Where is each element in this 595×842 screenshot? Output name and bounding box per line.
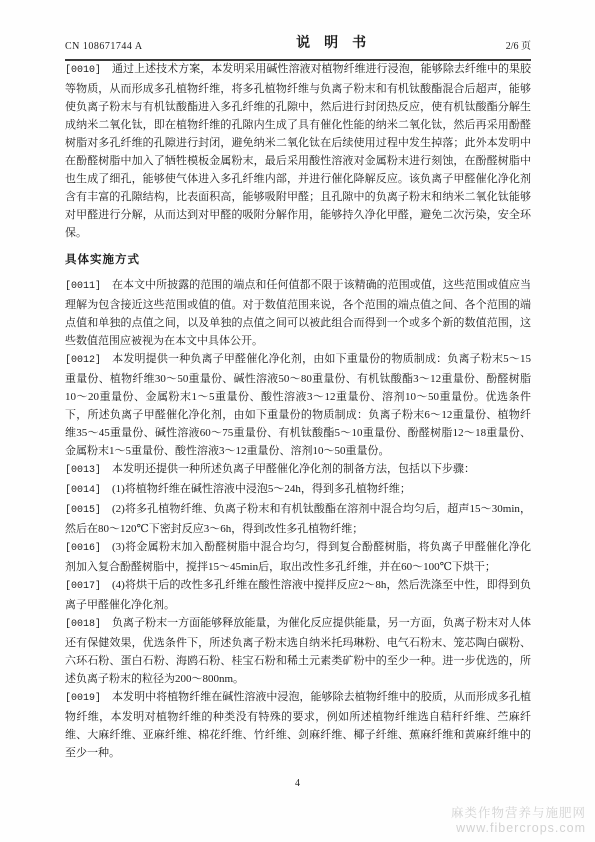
watermark: 麻类作物营养与施肥网 www.fibercrops.com: [451, 806, 586, 836]
paragraph-0011: [0011]在本文中所披露的范围的端点和任何值都不限于该精确的范围或值，这些范围…: [65, 276, 531, 350]
paragraph-number: [0013]: [65, 462, 112, 480]
paragraph-0014: [0014](1)将植物纤维在碱性溶液中浸泡5～24h，得到多孔植物纤维；: [65, 480, 531, 500]
paragraph-text: 本发明提供一种负离子甲醛催化净化剂，由如下重量份的物质制成：负离子粉末5～15重…: [65, 353, 531, 457]
paragraph-text: 本发明还提供一种所述负离子甲醛催化净化剂的制备方法，包括以下步骤：: [112, 463, 475, 475]
paragraph-0012: [0012]本发明提供一种负离子甲醛催化净化剂，由如下重量份的物质制成：负离子粉…: [65, 350, 531, 460]
page-number: 4: [0, 778, 595, 789]
patent-number: CN 108671744 A: [65, 41, 143, 52]
section-heading: 具体实施方式: [65, 251, 531, 269]
document-title: 说明书: [282, 32, 380, 52]
patent-specification-page: CN 108671744 A 说明书 2/6 页 [0010]通过上述技术方案，…: [0, 0, 595, 842]
paragraph-number: [0012]: [65, 352, 112, 370]
paragraph-text: 在本文中所披露的范围的端点和任何值都不限于该精确的范围或值，这些范围或值应当理解…: [65, 279, 531, 347]
paragraph-text: 负离子粉末一方面能够释放能量，为催化反应提供能量，另一方面，负离子粉末对人体还有…: [65, 617, 531, 685]
paragraph-0015: [0015](2)将多孔植物纤维、负离子粉末和有机钛酸酯在溶剂中混合均匀后，超声…: [65, 500, 531, 538]
specification-body: [0010]通过上述技术方案，本发明采用碱性溶液对植物纤维进行浸泡，能够除去纤维…: [65, 60, 531, 762]
paragraph-number: [0016]: [65, 540, 112, 558]
paragraph-number: [0018]: [65, 616, 112, 634]
paragraph-number: [0014]: [65, 482, 112, 500]
paragraph-0013: [0013]本发明还提供一种所述负离子甲醛催化净化剂的制备方法，包括以下步骤：: [65, 460, 531, 480]
watermark-site-name: 麻类作物营养与施肥网: [451, 806, 586, 821]
paragraph-number: [0015]: [65, 502, 112, 520]
paragraph-text: 本发明中将植物纤维在碱性溶液中浸泡，能够除去植物纤维中的胶质，从而形成多孔植物纤…: [65, 691, 531, 759]
watermark-site-url: www.fibercrops.com: [451, 821, 586, 836]
paragraph-text: (4)将烘干后的改性多孔纤维在酸性溶液中搅拌反应2～8h，然后洗涤至中性，即得到…: [65, 579, 531, 611]
paragraph-text: 通过上述技术方案，本发明采用碱性溶液对植物纤维进行浸泡，能够除去纤维中的果胶等物…: [65, 63, 531, 239]
paragraph-0018: [0018]负离子粉末一方面能够释放能量，为催化反应提供能量，另一方面，负离子粉…: [65, 614, 531, 688]
paragraph-0019: [0019]本发明中将植物纤维在碱性溶液中浸泡，能够除去植物纤维中的胶质，从而形…: [65, 688, 531, 762]
paragraph-text: (2)将多孔植物纤维、负离子粉末和有机钛酸酯在溶剂中混合均匀后，超声15～30m…: [65, 503, 531, 535]
paragraph-number: [0017]: [65, 578, 112, 596]
paragraph-0017: [0017](4)将烘干后的改性多孔纤维在酸性溶液中搅拌反应2～8h，然后洗涤至…: [65, 576, 531, 614]
paragraph-text: (3)将金属粉末加入酚醛树脂中混合均匀，得到复合酚醛树脂，将负离子甲醛催化净化剂…: [65, 541, 531, 573]
paragraph-number: [0010]: [65, 62, 112, 80]
page-header: CN 108671744 A 说明书 2/6 页: [65, 32, 531, 61]
page-indicator: 2/6 页: [506, 37, 531, 52]
paragraph-0010: [0010]通过上述技术方案，本发明采用碱性溶液对植物纤维进行浸泡，能够除去纤维…: [65, 60, 531, 242]
paragraph-0016: [0016](3)将金属粉末加入酚醛树脂中混合均匀，得到复合酚醛树脂，将负离子甲…: [65, 538, 531, 576]
paragraph-number: [0011]: [65, 278, 112, 296]
paragraph-text: (1)将植物纤维在碱性溶液中浸泡5～24h，得到多孔植物纤维；: [112, 483, 411, 495]
paragraph-number: [0019]: [65, 690, 112, 708]
